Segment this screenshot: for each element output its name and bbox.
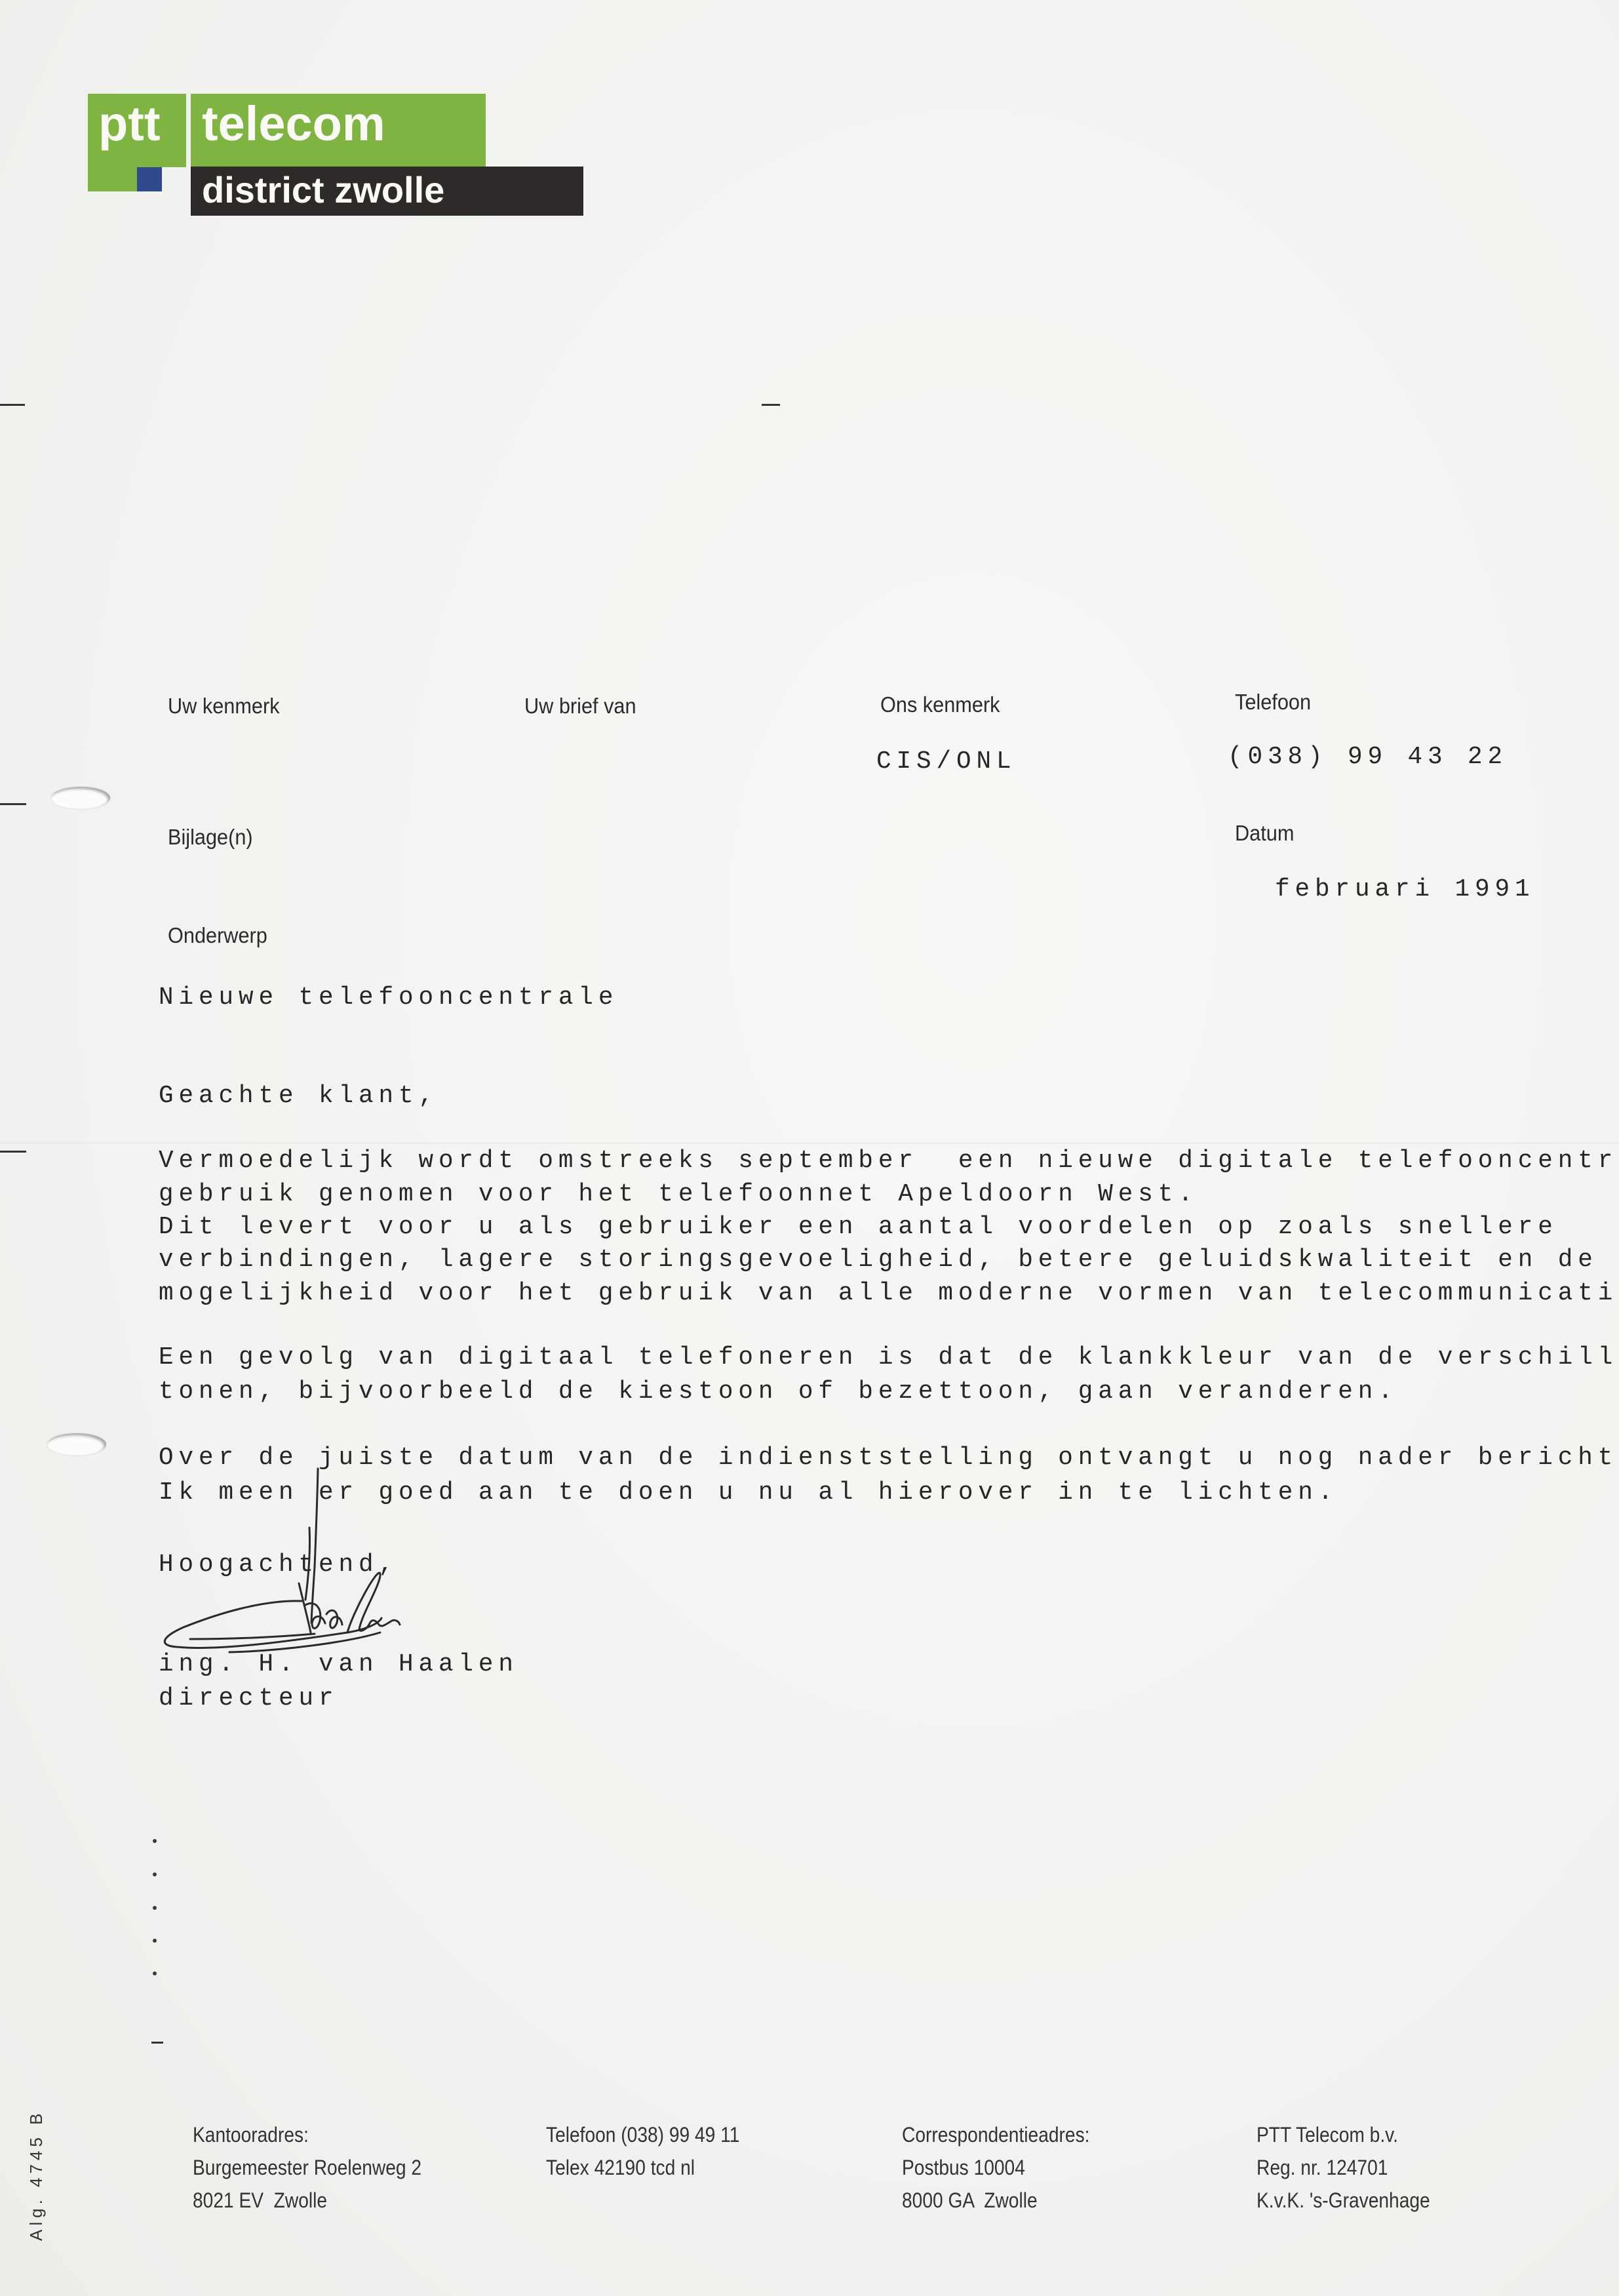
window-tick-top	[762, 404, 780, 406]
guide-dot	[153, 1872, 157, 1876]
margin-tick-fold	[0, 1151, 26, 1153]
footer-postbus: Postbus 10004	[902, 2157, 1025, 2178]
value-datum: februari 1991	[1275, 877, 1534, 902]
value-telefoon: (038) 99 43 22	[1228, 745, 1508, 770]
punch-hole-bottom	[47, 1433, 106, 1455]
signatory-name: ing. H. van Haalen	[159, 1652, 518, 1677]
footer-correspondence-label: Correspondentieadres:	[902, 2124, 1089, 2145]
value-onderwerp: Nieuwe telefooncentrale	[159, 985, 618, 1010]
signatory-title: directeur	[159, 1686, 338, 1711]
label-datum: Datum	[1235, 822, 1294, 844]
guide-dash	[151, 2042, 163, 2044]
footer-telex: Telex 42190 tcd nl	[546, 2157, 695, 2178]
margin-tick-top	[0, 404, 25, 406]
footer-office-city: 8021 EV Zwolle	[193, 2190, 327, 2211]
guide-dot	[153, 1906, 157, 1910]
body-line: Een gevolg van digitaal telefoneren is d…	[159, 1345, 1619, 1370]
body-line: tonen, bijvoorbeeld de kiestoon of bezet…	[159, 1379, 1398, 1404]
footer-office-street: Burgemeester Roelenweg 2	[193, 2157, 421, 2178]
margin-tick-middle	[0, 803, 26, 805]
footer-postbus-city: 8000 GA Zwolle	[902, 2190, 1038, 2211]
logo-ptt-block-lower	[88, 167, 137, 191]
guide-dot	[153, 1939, 157, 1943]
logo-telecom-text: telecom	[202, 100, 385, 148]
paper-fold-line	[0, 1143, 1619, 1144]
label-uw-kenmerk: Uw kenmerk	[168, 695, 280, 717]
body-line: mogelijkheid voor het gebruik van alle m…	[159, 1281, 1619, 1306]
body-line: Vermoedelijk wordt omstreeks september e…	[159, 1149, 1619, 1174]
footer-office-label: Kantooradres:	[193, 2124, 309, 2145]
label-uw-brief-van: Uw brief van	[524, 695, 636, 717]
body-line: gebruik genomen voor het telefoonnet Ape…	[159, 1182, 1198, 1207]
form-number: Alg. 4745 B	[26, 2110, 47, 2241]
footer-registration: Reg. nr. 124701	[1257, 2157, 1388, 2178]
logo-blue-square	[137, 167, 162, 191]
logo-district-text: district zwolle	[202, 172, 444, 208]
label-onderwerp: Onderwerp	[168, 924, 267, 946]
letter-page: ptt telecom district zwolle Uw kenmerk U…	[0, 0, 1619, 2296]
handwritten-signature	[151, 1442, 452, 1678]
punch-hole-top	[51, 787, 110, 809]
footer-chamber-of-commerce: K.v.K. 's-Gravenhage	[1257, 2190, 1430, 2211]
body-line: Dit levert voor u als gebruiker een aant…	[159, 1215, 1558, 1240]
logo-ptt-text: ptt	[98, 100, 161, 148]
footer-company-name: PTT Telecom b.v.	[1257, 2124, 1398, 2145]
value-ons-kenmerk: CIS/ONL	[876, 749, 1016, 774]
label-ons-kenmerk: Ons kenmerk	[880, 694, 1000, 715]
label-bijlagen: Bijlage(n)	[168, 826, 253, 848]
guide-dot	[153, 1971, 157, 1975]
salutation: Geachte klant,	[159, 1084, 439, 1109]
guide-dot	[153, 1839, 157, 1843]
footer-telephone: Telefoon (038) 99 49 11	[546, 2124, 739, 2145]
body-line: verbindingen, lagere storingsgevoelighei…	[159, 1248, 1598, 1273]
label-telefoon: Telefoon	[1235, 691, 1311, 713]
